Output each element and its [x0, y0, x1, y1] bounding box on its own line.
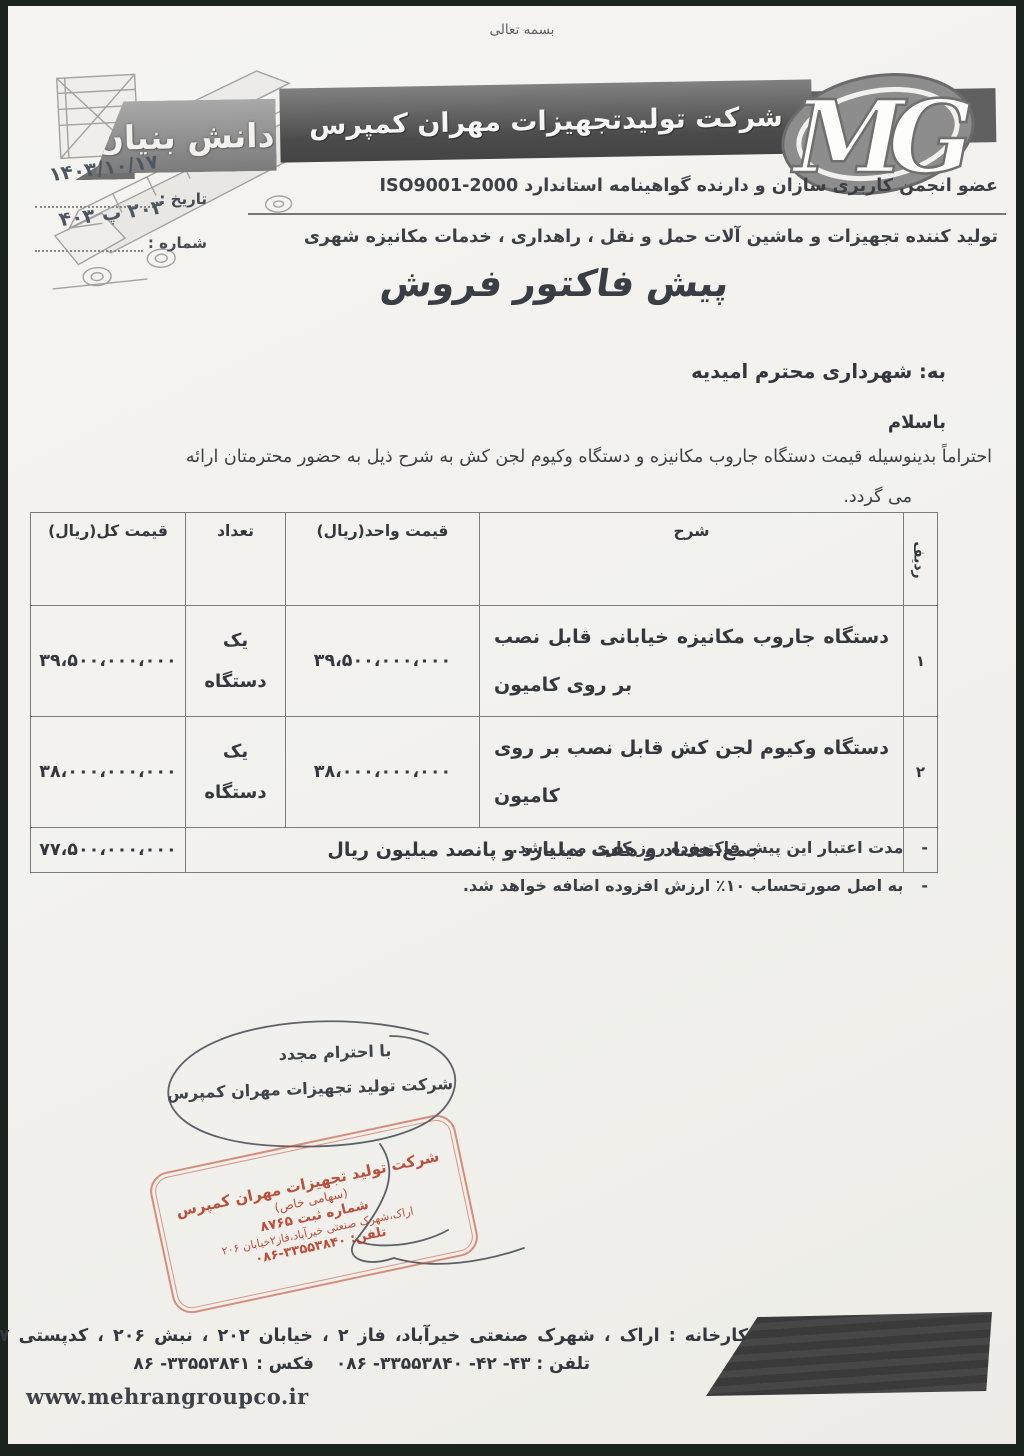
- note-dash: -: [921, 876, 928, 895]
- footer-contact-line: تلفن : ۴۳- ۴۲- ۳۳۵۵۳۸۴۰- ۰۸۶ فکس : ۳۳۵۵۳…: [133, 1354, 590, 1374]
- number-field: شماره :: [35, 234, 207, 252]
- footer-factory-address: کارخانه : اراک ، شهرک صنعتی خیرآباد، فاز…: [0, 1326, 748, 1346]
- header-total-price: قیمت کل(ریال): [31, 513, 186, 606]
- note-validity: - مدت اعتبار این پیش فاکتورده روز کاری م…: [512, 838, 928, 857]
- header-quantity: تعداد: [186, 513, 286, 606]
- row1-number: ۱: [904, 606, 938, 717]
- body-text-line2: می گردد.: [843, 487, 912, 507]
- membership-line: عضو انجمن کاربری سازان و دارنده گواهینام…: [379, 176, 998, 196]
- row2-unit-price: ۳۸،۰۰۰،۰۰۰،۰۰۰: [286, 717, 480, 828]
- knowledge-badge-label: دانش بنیان: [95, 115, 274, 157]
- addressee-line: به: شهرداری محترم امیدیه: [691, 360, 946, 383]
- body-text-line1: احتراماً بدینوسیله قیمت دستگاه جاروب مکا…: [186, 447, 992, 467]
- row1-description: دستگاه جاروب مکانیزه خیابانی قابل نصب بر…: [480, 606, 904, 717]
- table-row: ۲ دستگاه وکیوم لجن کش قابل نصب بر روی کا…: [31, 717, 938, 828]
- date-label: تاریخ :: [159, 190, 207, 208]
- row2-description: دستگاه وکیوم لجن کش قابل نصب بر روی کامی…: [480, 717, 904, 828]
- company-name-banner: شرکت تولیدتجهیزات مهران کمپرس: [279, 79, 812, 162]
- row2-number: ۲: [904, 717, 938, 828]
- membership-underline: [248, 213, 1006, 215]
- row1-unit-price: ۳۹،۵۰۰،۰۰۰،۰۰۰: [286, 606, 480, 717]
- header-row-number: ردیف: [904, 513, 938, 606]
- note-text: مدت اعتبار این پیش فاکتورده روز کاری می …: [512, 838, 903, 857]
- header-description: شرح: [480, 513, 904, 606]
- row2-total: ۳۸،۰۰۰،۰۰۰،۰۰۰: [31, 717, 186, 828]
- header-unit-price: قیمت واحد(ریال): [286, 513, 480, 606]
- note-vat: - به اصل صورتحساب ۱۰٪ ارزش افزوده اضافه …: [463, 876, 928, 895]
- footer-phone: تلفن : ۴۳- ۴۲- ۳۳۵۵۳۸۴۰- ۰۸۶: [336, 1354, 590, 1374]
- producer-line: تولید کننده تجهیزات و ماشین آلات حمل و ن…: [304, 227, 998, 247]
- document-title: پیش فاکتور فروش: [317, 262, 793, 305]
- footer-website-url: www.mehrangroupco.ir: [26, 1384, 309, 1409]
- note-text: به اصل صورتحساب ۱۰٪ ارزش افزوده اضافه خو…: [463, 876, 903, 895]
- scanned-proforma-invoice: بسمه تعالی دانش بنیان: [0, 0, 1024, 1456]
- number-label: شماره :: [148, 234, 207, 252]
- row1-total: ۳۹،۵۰۰،۰۰۰،۰۰۰: [31, 606, 186, 717]
- number-dotted-line: [35, 237, 143, 252]
- footer-fax: فکس : ۳۳۵۵۳۸۴۱- ۸۶: [133, 1354, 313, 1374]
- row1-quantity: یک دستگاه: [186, 606, 286, 717]
- invoice-table: ردیف شرح قیمت واحد(ریال) تعداد قیمت کل(ر…: [30, 512, 938, 873]
- bismillah-text: بسمه تعالی: [452, 22, 592, 38]
- table-row: ۱ دستگاه جاروب مکانیزه خیابانی قابل نصب …: [31, 606, 938, 717]
- salutation-line: باسلام: [888, 412, 946, 433]
- row2-quantity: یک دستگاه: [186, 717, 286, 828]
- company-name-label: شرکت تولیدتجهیزات مهران کمپرس: [309, 101, 783, 140]
- note-dash: -: [921, 838, 928, 857]
- sum-total-value: ۷۷،۵۰۰،۰۰۰،۰۰۰: [31, 828, 186, 873]
- table-header-row: ردیف شرح قیمت واحد(ریال) تعداد قیمت کل(ر…: [31, 513, 938, 606]
